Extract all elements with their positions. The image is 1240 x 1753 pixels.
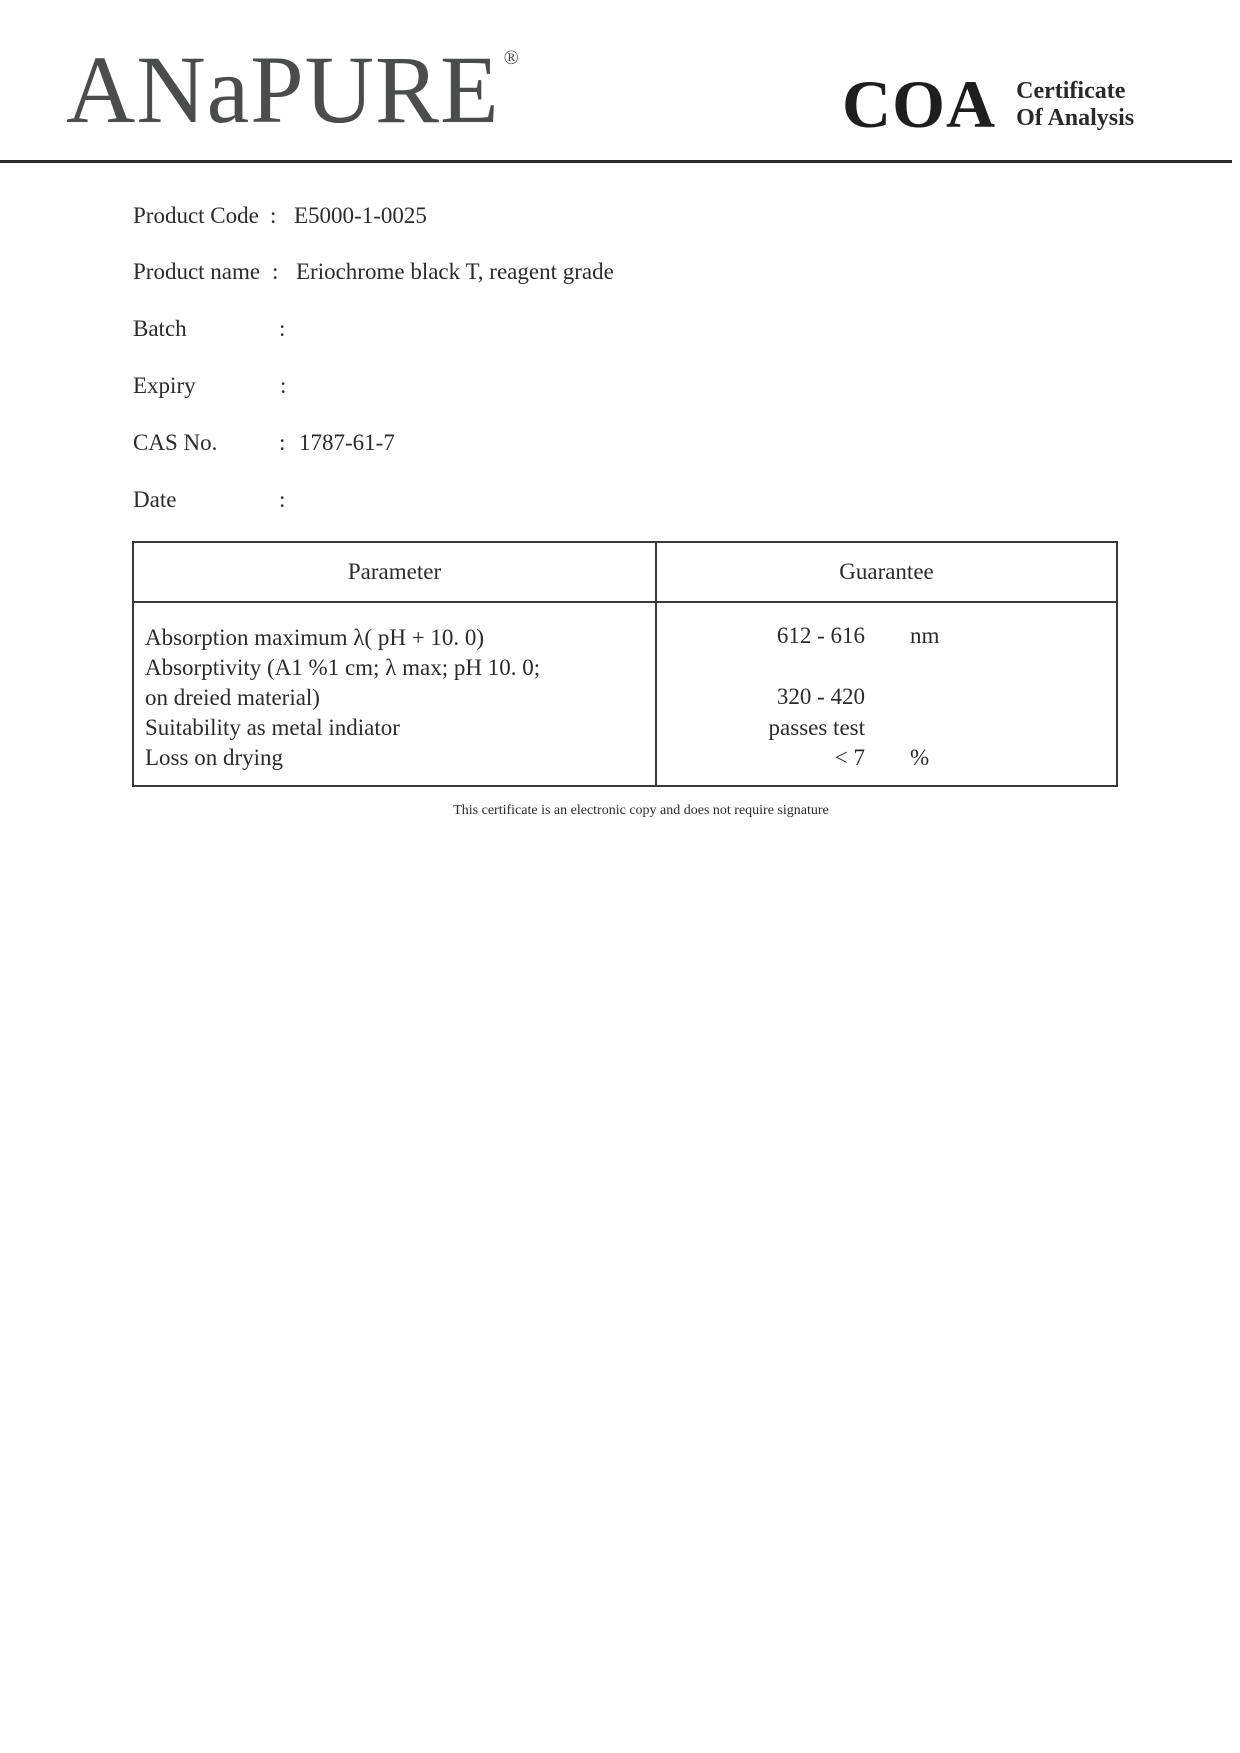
coa-title-line-1: Certificate [1016, 78, 1134, 104]
info-date: Date : [133, 487, 176, 513]
document-type: COA Certificate Of Analysis [842, 74, 1134, 135]
guarantee-cell: 612 - 616 nm 320 - 420 passes test < 7 [656, 602, 1117, 786]
guarantee-unit: % [910, 743, 929, 773]
field-separator: : [270, 203, 276, 229]
guarantee-line: passes test [658, 713, 1115, 743]
field-separator: : [279, 430, 285, 456]
guarantee-line [658, 653, 1115, 683]
guarantee-value: 612 - 616 [777, 621, 865, 651]
coa-full-title: Certificate Of Analysis [1016, 78, 1134, 131]
specification-table: Parameter Guarantee Absorption maximum λ… [132, 541, 1118, 787]
parameter-line: Absorptivity (A1 %1 cm; λ max; pH 10. 0; [145, 653, 645, 683]
info-expiry: Expiry : [133, 373, 196, 399]
field-separator: : [279, 316, 285, 342]
coa-title-line-2: Of Analysis [1016, 105, 1134, 131]
field-label: CAS No. [133, 430, 217, 456]
field-value: 1787-61-7 [299, 430, 395, 456]
field-label: Product Code [133, 203, 259, 229]
brand-name: ANaPURE [66, 36, 500, 143]
guarantee-value: 320 - 420 [777, 682, 865, 712]
guarantee-value: passes test [769, 713, 865, 743]
field-separator: : [272, 259, 278, 285]
field-value: Eriochrome black T, reagent grade [296, 259, 614, 285]
field-label: Date [133, 487, 176, 513]
parameter-cell: Absorption maximum λ( pH + 10. 0) Absorp… [133, 602, 656, 786]
field-label: Expiry [133, 373, 196, 399]
column-header-guarantee: Guarantee [656, 542, 1117, 602]
field-value: E5000-1-0025 [294, 203, 427, 229]
guarantee-value: < 7 [835, 743, 865, 773]
guarantee-unit: nm [910, 621, 939, 651]
table-header-row: Parameter Guarantee [133, 542, 1117, 602]
coa-abbreviation: COA [842, 74, 996, 135]
registered-mark: ® [504, 47, 520, 69]
column-header-parameter: Parameter [133, 542, 656, 602]
field-separator: : [280, 373, 286, 399]
info-product-name: Product name : Eriochrome black T, reage… [133, 259, 260, 285]
parameter-line: Loss on drying [145, 743, 645, 773]
table-row: Absorption maximum λ( pH + 10. 0) Absorp… [133, 602, 1117, 786]
field-label: Product name [133, 259, 260, 285]
header-divider [0, 160, 1232, 163]
electronic-copy-note: This certificate is an electronic copy a… [0, 803, 1240, 819]
parameter-line: Absorption maximum λ( pH + 10. 0) [145, 623, 645, 653]
guarantee-line: 320 - 420 [658, 682, 1115, 712]
info-cas-number: CAS No. : 1787-61-7 [133, 430, 217, 456]
guarantee-line: < 7 % [658, 743, 1115, 773]
brand-logo: ANaPURE® [66, 42, 520, 138]
info-product-code: Product Code : E5000-1-0025 [133, 203, 259, 229]
field-label: Batch [133, 316, 187, 342]
field-separator: : [279, 487, 285, 513]
info-batch: Batch : [133, 316, 187, 342]
guarantee-line: 612 - 616 nm [658, 621, 1115, 651]
parameter-line: Suitability as metal indiator [145, 713, 645, 743]
parameter-line: on dreied material) [145, 683, 645, 713]
